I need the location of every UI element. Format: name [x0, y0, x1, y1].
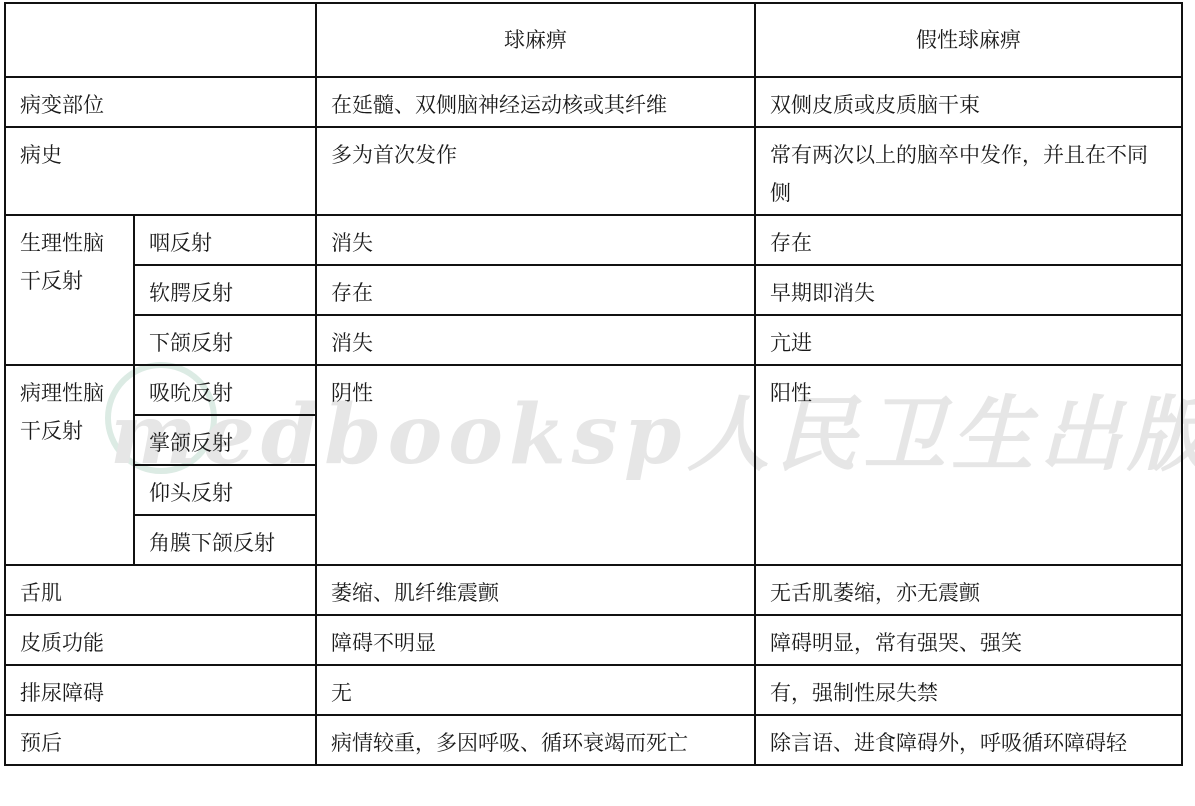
cell-bulbar: 存在 — [316, 265, 755, 315]
header-pseudobulbar-palsy: 假性球麻痹 — [755, 3, 1182, 77]
cell-bulbar: 在延髓、双侧脑神经运动核或其纤维 — [316, 77, 755, 127]
row-label: 病史 — [5, 127, 316, 215]
cell-pseudo: 有，强制性尿失禁 — [755, 665, 1182, 715]
table-row: 病理性脑干反射 吸吮反射 阴性 阳性 — [5, 365, 1182, 415]
row-label: 皮质功能 — [5, 615, 316, 665]
cell-pseudo: 早期即消失 — [755, 265, 1182, 315]
cell-bulbar: 多为首次发作 — [316, 127, 755, 215]
header-bulbar-palsy: 球麻痹 — [316, 3, 755, 77]
table-row: 皮质功能 障碍不明显 障碍明显，常有强哭、强笑 — [5, 615, 1182, 665]
cell-bulbar: 无 — [316, 665, 755, 715]
cell-bulbar: 消失 — [316, 315, 755, 365]
cell-bulbar: 萎缩、肌纤维震颤 — [316, 565, 755, 615]
row-label: 预后 — [5, 715, 316, 765]
group-label-physiological: 生理性脑干反射 — [5, 215, 134, 365]
cell-bulbar: 病情较重，多因呼吸、循环衰竭而死亡 — [316, 715, 755, 765]
cell-bulbar: 消失 — [316, 215, 755, 265]
header-row: 球麻痹 假性球麻痹 — [5, 3, 1182, 77]
header-blank — [5, 3, 316, 77]
cell-pseudo: 无舌肌萎缩，亦无震颤 — [755, 565, 1182, 615]
table-row: 病史 多为首次发作 常有两次以上的脑卒中发作，并且在不同侧 — [5, 127, 1182, 215]
cell-pseudo: 双侧皮质或皮质脑干束 — [755, 77, 1182, 127]
table-row: 舌肌 萎缩、肌纤维震颤 无舌肌萎缩，亦无震颤 — [5, 565, 1182, 615]
cell-bulbar: 阴性 — [316, 365, 755, 565]
group-label-pathological: 病理性脑干反射 — [5, 365, 134, 565]
table-row: 生理性脑干反射 咽反射 消失 存在 — [5, 215, 1182, 265]
cell-pseudo: 亢进 — [755, 315, 1182, 365]
cell-pseudo: 阳性 — [755, 365, 1182, 565]
comparison-table: 球麻痹 假性球麻痹 病变部位 在延髓、双侧脑神经运动核或其纤维 双侧皮质或皮质脑… — [4, 2, 1183, 766]
row-label: 病变部位 — [5, 77, 316, 127]
cell-pseudo: 常有两次以上的脑卒中发作，并且在不同侧 — [755, 127, 1182, 215]
table-row: 病变部位 在延髓、双侧脑神经运动核或其纤维 双侧皮质或皮质脑干束 — [5, 77, 1182, 127]
cell-pseudo: 存在 — [755, 215, 1182, 265]
table-row: 软腭反射 存在 早期即消失 — [5, 265, 1182, 315]
sub-label: 软腭反射 — [134, 265, 316, 315]
sub-label: 咽反射 — [134, 215, 316, 265]
table-row: 下颌反射 消失 亢进 — [5, 315, 1182, 365]
row-label: 舌肌 — [5, 565, 316, 615]
sub-label: 下颌反射 — [134, 315, 316, 365]
sub-label: 角膜下颌反射 — [134, 515, 316, 565]
sub-label: 掌颌反射 — [134, 415, 316, 465]
cell-pseudo: 除言语、进食障碍外，呼吸循环障碍轻 — [755, 715, 1182, 765]
table-row: 预后 病情较重，多因呼吸、循环衰竭而死亡 除言语、进食障碍外，呼吸循环障碍轻 — [5, 715, 1182, 765]
row-label: 排尿障碍 — [5, 665, 316, 715]
cell-pseudo: 障碍明显，常有强哭、强笑 — [755, 615, 1182, 665]
sub-label: 仰头反射 — [134, 465, 316, 515]
sub-label: 吸吮反射 — [134, 365, 316, 415]
cell-bulbar: 障碍不明显 — [316, 615, 755, 665]
table-row: 排尿障碍 无 有，强制性尿失禁 — [5, 665, 1182, 715]
